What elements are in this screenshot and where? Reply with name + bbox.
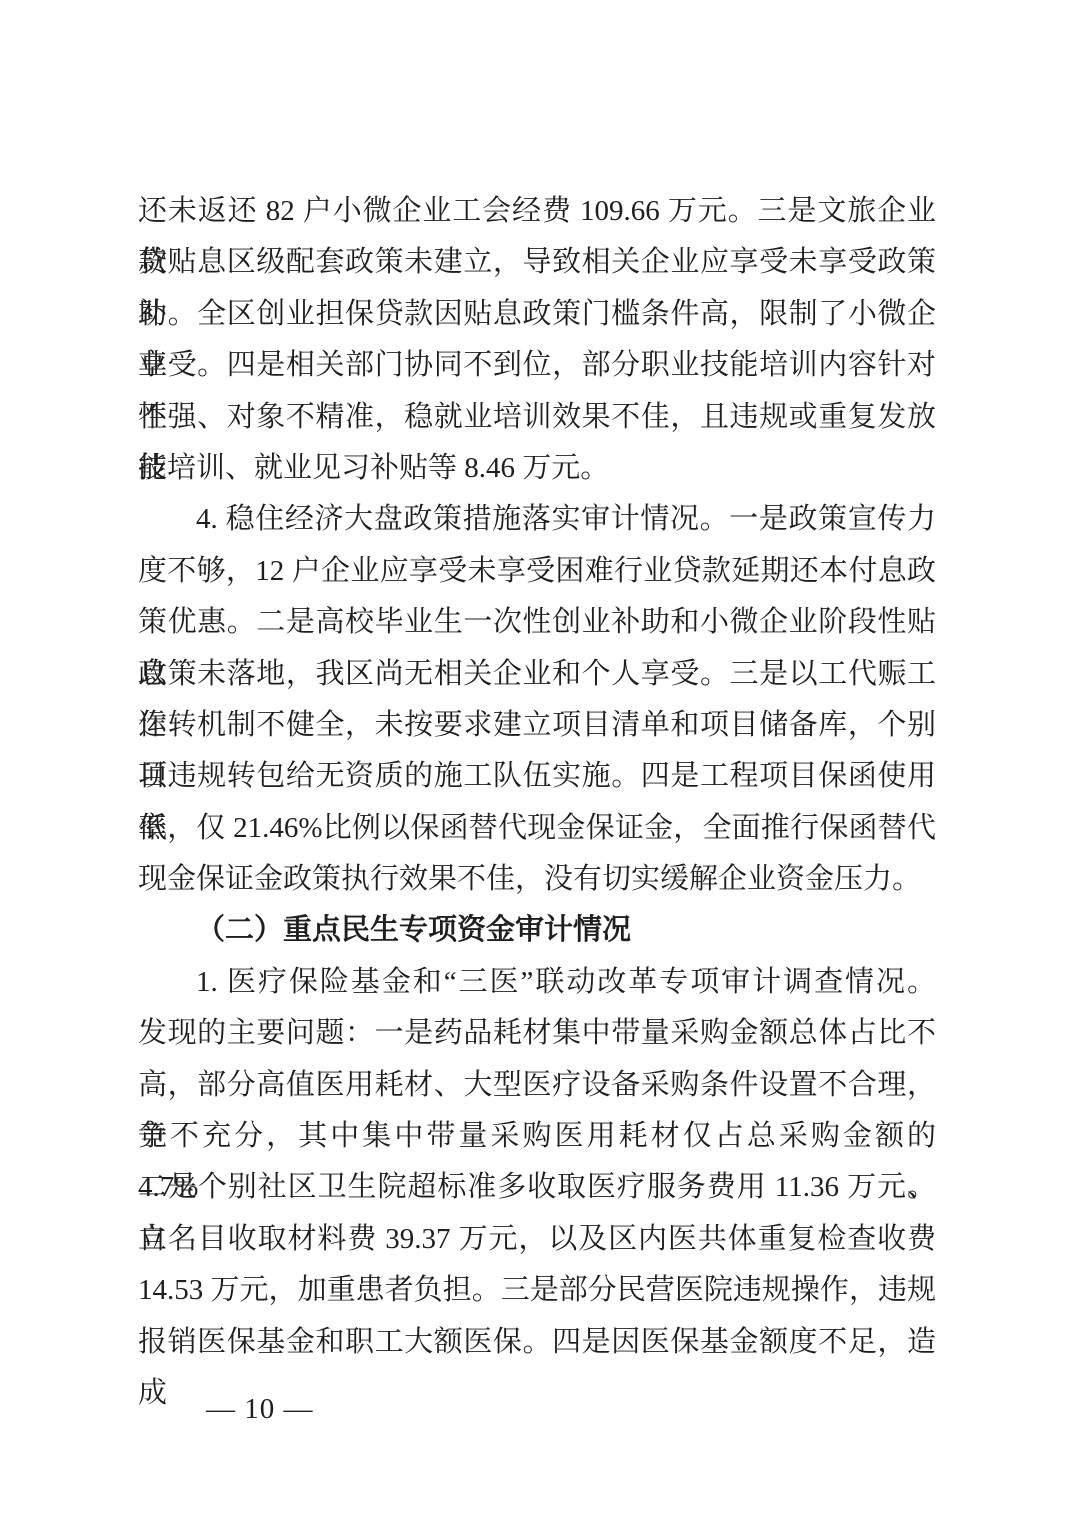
text-line: 不强、对象不精准，稳就业培训效果不佳，且违规或重复发放技 — [138, 392, 936, 443]
text-line: 度不够，12 户企业应享受未享受困难行业贷款延期还本付息政 — [138, 546, 936, 597]
text-line: 争不充分，其中集中带量采购医用耗材仅占总采购金额的 4.7%。 — [138, 1111, 936, 1162]
page-number: — 10 — — [206, 1392, 314, 1426]
text-line: 目违规转包给无资质的施工队伍实施。四是工程项目保函使用率 — [138, 751, 936, 802]
text-line: 低，仅 21.46%比例以保函替代现金保证金，全面推行保函替代 — [138, 803, 936, 854]
text-line: 享受。四是相关部门协同不到位，部分职业技能培训内容针对性 — [138, 340, 936, 391]
text-line: 发现的主要问题：一是药品耗材集中带量采购金额总体占比不 — [138, 1008, 936, 1059]
text-line: 1. 医疗保险基金和“三医”联动改革专项审计调查情况。 — [138, 957, 936, 1008]
text-line: 政策未落地，我区尚无相关企业和个人享受。三是以工代赈工作 — [138, 649, 936, 700]
text-line: 助。全区创业担保贷款因贴息政策门槛条件高，限制了小微企业 — [138, 289, 936, 340]
text-line: 能培训、就业见习补贴等 8.46 万元。 — [138, 443, 936, 494]
text-line: 运转机制不健全，未按要求建立项目清单和项目储备库，个别项 — [138, 700, 936, 751]
document-page: 还未返还 82 户小微企业工会经费 109.66 万元。三是文旅企业贷款贴息区级… — [0, 0, 1074, 1520]
text-line: 4. 稳住经济大盘政策措施落实审计情况。一是政策宣传力 — [138, 494, 936, 545]
text-line: 二是个别社区卫生院超标准多收取医疗服务费用 11.36 万元、自 — [138, 1162, 936, 1213]
text-line: 策优惠。二是高校毕业生一次性创业补助和小微企业阶段性贴息 — [138, 597, 936, 648]
text-line: 报销医保基金和职工大额医保。四是因医保基金额度不足，造成 — [138, 1317, 936, 1368]
document-body: 还未返还 82 户小微企业工会经费 109.66 万元。三是文旅企业贷款贴息区级… — [138, 186, 936, 1368]
text-line: 立名目收取材料费 39.37 万元，以及区内医共体重复检查收费 — [138, 1214, 936, 1265]
section-heading-line: （二）重点民生专项资金审计情况 — [138, 905, 936, 956]
text-line: 现金保证金政策执行效果不佳，没有切实缓解企业资金压力。 — [138, 854, 936, 905]
text-line: 高，部分高值医用耗材、大型医疗设备采购条件设置不合理，竞 — [138, 1060, 936, 1111]
text-line: 14.53 万元，加重患者负担。三是部分民营医院违规操作，违规 — [138, 1265, 936, 1316]
text-line: 款贴息区级配套政策未建立，导致相关企业应享受未享受政策补 — [138, 237, 936, 288]
text-line: 还未返还 82 户小微企业工会经费 109.66 万元。三是文旅企业贷 — [138, 186, 936, 237]
